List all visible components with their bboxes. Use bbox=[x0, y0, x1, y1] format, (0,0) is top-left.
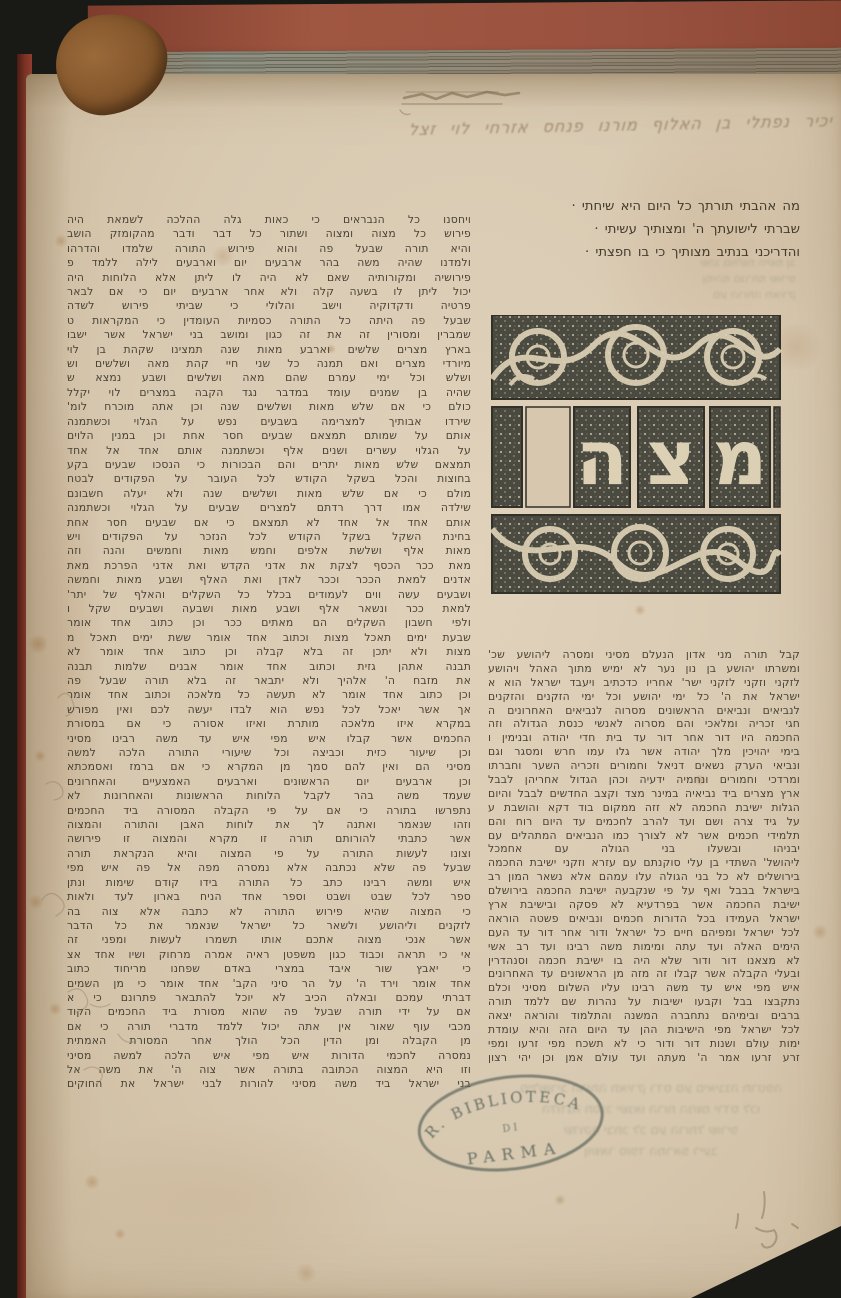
text-line: וזהו שנאמר ואתנה לך את לוחות האבן והתורה… bbox=[67, 818, 471, 832]
left-text-column: ויחסנו כל הנבראים כי כאות גלה ההלכה לשמא… bbox=[67, 213, 471, 1092]
text-line: לזקנים וליהושע ולשאר כל ישראל שנאמר את כ… bbox=[67, 919, 471, 933]
text-line: בימי יהויכין מלך יהודה אשר גלו עמו חרש ו… bbox=[488, 745, 800, 759]
foxing-spot bbox=[554, 1194, 566, 1206]
woodcut-bottom-border bbox=[492, 515, 780, 593]
woodcut-top-border bbox=[492, 315, 780, 399]
woodcut-letter-row: מ צ ה bbox=[492, 407, 780, 507]
woodcut-blank-panel bbox=[526, 407, 570, 507]
text-line: אך אשר יאכל לכל נפש הוא לבדו יעשה לכם וא… bbox=[67, 703, 471, 717]
text-line: ןמיהמ םגרתמ שוריפ bbox=[534, 271, 796, 287]
text-line: וצונו לעשות התורה על פי המצוה והיא הנקרא… bbox=[67, 847, 471, 861]
text-line: את מזבח ה' אלהיך ולא יתבאר זה בלא תורה ש… bbox=[67, 674, 471, 688]
stamp-text-middle: DI bbox=[502, 1122, 521, 1135]
woodcut-title-block: מ צ ה bbox=[490, 315, 782, 595]
text-line: תלמידי חכמים אשר לא לצורך כמו הנביאים המ… bbox=[488, 829, 800, 843]
foxing-spot bbox=[634, 604, 646, 616]
text-line: כי המצוה שהיא פירוש התורה לא כתבה אלא צו… bbox=[67, 905, 471, 919]
text-line: שברתי לישועתך ה' ומצותיך עשיתי · bbox=[524, 218, 800, 241]
text-line: אשר כתבתי להורותם תורה זו מקרא והמצוה זו… bbox=[67, 832, 471, 846]
text-line: ישראל העמידו בכל הדורות חכמים ונביאים פש… bbox=[488, 912, 800, 926]
text-line: וכן כתוב אחד אומר לא תעשה כל מלאכה וכתוב… bbox=[67, 688, 471, 702]
text-line: אדנים למאת הככר וככר לאדן ואת האלף ושבע … bbox=[67, 573, 471, 587]
woodcut-letter: צ bbox=[646, 413, 696, 502]
text-line: החכמה היו דור אחר דור עד בית חדי יהודה ו… bbox=[488, 731, 800, 745]
text-line: שמברין ומסורין זה את זה כגון ומושב בני י… bbox=[67, 328, 471, 342]
text-line: ובעלי הקבלה אשר קבלו זה מזה מן הראשונים … bbox=[488, 967, 800, 981]
foxing-spot bbox=[812, 924, 828, 940]
text-line: מצות ולא יתכן זה בלא קבלה וכן כתוב אחד א… bbox=[67, 645, 471, 659]
text-line: אותם אחד אל אחד לא תמצאם כי אם שבעים חסר… bbox=[67, 516, 471, 530]
text-line: לכל ישראל ומפיהם חיים כל ישראל ודור אחר … bbox=[488, 926, 800, 940]
text-line: לזקני וזקני לזקני ישר' אחריו כדכתיב ויעב… bbox=[488, 676, 800, 690]
foxing-spot bbox=[114, 1228, 126, 1240]
bottom-right-doodle bbox=[726, 1184, 816, 1274]
text-line: מאות אלף ושלשת אלפים וחמש מאות וחמשים וה… bbox=[67, 544, 471, 558]
text-line: וכן שיעור כזית וכביצה וכל שיעורי התורה ה… bbox=[67, 746, 471, 760]
text-line: שהיה בן שמנים עומד במדבר נגד הקבה במצרים… bbox=[67, 386, 471, 400]
text-line: קבל תורה מני אדון הנעלם מסיני ומסרה ליהו… bbox=[488, 648, 800, 662]
text-line: פירושיה ומקורותיה שאם לא היה לו ליתן אלא… bbox=[67, 271, 471, 285]
manuscript-page: יכיר נפתלי בן האלוף מורנו פנחס אזרחי לוי… bbox=[26, 74, 841, 1298]
text-line: שילדה אמו דרך רדתם למצרים שבעים על הגלוי… bbox=[67, 501, 471, 515]
text-line: לכל ישראל מפי הישיבות ההן עד היום הזה וה… bbox=[488, 1023, 800, 1037]
text-line: ולמדנו שהיה משה בהר ארבעים יום וארבעים ל… bbox=[67, 256, 471, 270]
text-line: לנביאים ונביאים הראשונים מסרוה לנביאים ה… bbox=[488, 704, 800, 718]
text-line: שבעל פה היתה כל התורה כסמיות העומדין כי … bbox=[67, 314, 471, 328]
text-line: ולפי חשבון השקלים הם מאתים ככר וכן כתוב … bbox=[67, 616, 471, 630]
text-line: שירדו אבותיך למצרימה בשבעים נפש על הגלוי… bbox=[67, 415, 471, 429]
text-line: שבעל פה שלא נכתבה אלא נמסרה מפה אל פה אי… bbox=[67, 861, 471, 875]
text-line: ברבים ובימיהם נתחברה המשנה והתלמוד והורא… bbox=[488, 1009, 800, 1023]
text-line: מיורדי מצרים ואם תמנה כל שני חיי קהת מאה… bbox=[67, 357, 471, 371]
text-line: ומשרתו יהושע בן נון נער לא ימיש מתוך האה… bbox=[488, 662, 800, 676]
text-line: ישראל את ה' כל ימי יהושע וכל ימי הזקנים … bbox=[488, 690, 800, 704]
text-line: ושבעים עשה ווים לעמודים בכלל כל השקלים ו… bbox=[67, 588, 471, 602]
text-line: בחוצות והכל בשקל הקודש לכל העובר על הפקו… bbox=[67, 472, 471, 486]
text-line: על גיד צרה ושם ועד להרב לחכמים עד היום ר… bbox=[488, 815, 800, 829]
text-line: איש ומשה רבינו כתב כל התורה בידו קודם שי… bbox=[67, 876, 471, 890]
text-line: אותם על שמותם תמצאם שבעים חסר אחת וכן במ… bbox=[67, 429, 471, 443]
parma-library-stamp: R. BIBLIOTECA DI PARMA bbox=[399, 1053, 622, 1198]
text-line: חגי זכריה ומלאכי והם מסרוה לאנשי כנסת הג… bbox=[488, 717, 800, 731]
text-line: נתקבצו בבל וקבעו ישיבות על נהרות שם ללמד… bbox=[488, 995, 800, 1009]
text-line: ספר לכל שבט ושבט וספר אחד הניח בארון לעד… bbox=[67, 890, 471, 904]
text-line: על הגלוי עשרים ושנים אלף וכשתמנה אותם אח… bbox=[67, 444, 471, 458]
text-line: ארץ מצרים ביד נביאיה במינר מצד וקצב החדש… bbox=[488, 787, 800, 801]
text-line: ונביאי הערק נשאים דניאל וחמורים וזכריה ה… bbox=[488, 759, 800, 773]
text-line: נמסרה לחכמי הדורות איש מפי איש הלכה למשה… bbox=[67, 1049, 471, 1063]
text-line: כי יאבץ שור איבד במצרי באדם שפחנו מריחוד… bbox=[67, 962, 471, 976]
text-line: למאת ככר ונשאר אלף ושבע מאות ושבעה ושבעי… bbox=[67, 602, 471, 616]
handwritten-inscription: יכיר נפתלי בן האלוף מורנו פנחס אזרחי לוי… bbox=[380, 111, 833, 163]
text-line: אי כי תראה וכבוד כגון משפטן ראיה אמרה מר… bbox=[67, 948, 471, 962]
text-line: מכבי עוף שאור אין אתה יכול ללמד מדברי תו… bbox=[67, 1020, 471, 1034]
woodcut-letter: ה bbox=[576, 413, 628, 502]
text-line: והיא תורה שבעל פה והוא פירוש התורה שלמדו… bbox=[67, 242, 471, 256]
text-line: אם על ידי תורה שבעל פה שהוא מסורת ביד הח… bbox=[67, 1005, 471, 1019]
text-line: וזו היא המצוה הכתובה בתורה אשר צוה ה' את… bbox=[67, 1063, 471, 1077]
text-line: הימים האלה ועד עתה ומימות משה רבינו ועד … bbox=[488, 940, 800, 954]
text-line: כולם כי אם שלש מאות ושלשים שנה וכן אתה מ… bbox=[67, 400, 471, 414]
text-line: שבעת ימים תאכל מצות וכתוב אחד אומר ששת י… bbox=[67, 631, 471, 645]
text-line: יבניהו ובשעלו בני הגולה עם אחמכל bbox=[488, 842, 800, 856]
text-line: במקרא איזו מלאכה מותרת ואיזו אסורה כי אם… bbox=[67, 717, 471, 731]
woodcut-letter: מ bbox=[713, 413, 768, 502]
text-line: הגלות ישיבת החכמה לא זזה ממקום בוד דקא ו… bbox=[488, 801, 800, 815]
text-line: דברתי עמכם ובאלה הכיב לא יוכל להתבאר פתר… bbox=[67, 991, 471, 1005]
text-line: אחד אומר וירד ה' על הר סיני הקב' אחד אומ… bbox=[67, 977, 471, 991]
right-text-column: קבל תורה מני אדון הנעלם מסיני ומסרה ליהו… bbox=[488, 648, 800, 1065]
text-line: ישיבת החכמה אשר בפרדעיא לא פסקה ובישיבת … bbox=[488, 898, 800, 912]
text-line: ומרדכי וחמורים ונחמיה ידעיה וכהן הגדול א… bbox=[488, 773, 800, 787]
stamp-text-bottom: PARMA bbox=[466, 1138, 563, 1169]
text-line: מאת ככר הכסף לצקת את אדני הקדש ואת אדני … bbox=[67, 559, 471, 573]
text-line: ימות עולם ושנות דור ודור כי לא תשכח מפי … bbox=[488, 1037, 800, 1051]
text-line: םע הרותה תאירק bbox=[534, 287, 796, 303]
text-line: לא מצאנו דור ודור שלא היה בו ישיבת חכמה … bbox=[488, 954, 800, 968]
text-line: מסיני הם ואין להם סמך מן המקרא כי אם ברמ… bbox=[67, 760, 471, 774]
text-line: תבנה אתהן גזית וכתוב אחד אומר אבנים שלמו… bbox=[67, 660, 471, 674]
text-line: והדריכני בנתיב מצותיך כי בו חפצתי · bbox=[524, 241, 800, 264]
text-line: בחינת השקל בשקל הקודש לכל הנזכר על הפקוד… bbox=[67, 530, 471, 544]
text-line: ליהושל' השתדי בן עלי סוקנתם עם עזרא וזקנ… bbox=[488, 856, 800, 870]
text-line: פירוש כל מצוה ומצוה ושתור כל דבר ודבר מה… bbox=[67, 227, 471, 241]
text-line: החכמים אשר קבלו איש מפי איש עד משה רבינו… bbox=[67, 732, 471, 746]
text-line: מן הקבלה ומן הדין הכל הולך אחר המסורת הא… bbox=[67, 1034, 471, 1048]
text-line: בארץ מצרים שלשים וארבע מאות שנה תמצינו ש… bbox=[67, 343, 471, 357]
text-line: מולם כי אם שלש מאות ושלשים שנה ולא יעלה … bbox=[67, 487, 471, 501]
foxing-spot bbox=[84, 1174, 100, 1190]
text-line: מה אהבתי תורתך כל היום היא שיחתי · bbox=[524, 195, 800, 218]
text-line: איש מפי איש עד משה רבינו עליו השלום מסינ… bbox=[488, 981, 800, 995]
psalm-verses-block: מה אהבתי תורתך כל היום היא שיחתי ·שברתי … bbox=[524, 195, 800, 264]
text-line: בישראל בבבל ואף על פי שנקבעה ישיבת החכמה… bbox=[488, 884, 800, 898]
text-line: נתפרשו בתורה כי אם על פי הקבלה המסורה בי… bbox=[67, 804, 471, 818]
spine-shading bbox=[26, 74, 72, 1298]
stain-wash bbox=[46, 1114, 406, 1284]
text-line: ויחסנו כל הנבראים כי כאות גלה ההלכה לשמא… bbox=[67, 213, 471, 227]
text-line: בירושלים לא כל בני הגולה עלו עמהם אלא נש… bbox=[488, 870, 800, 884]
text-line: וכן ארבעים יום הראשונים וארבעים האמצעיים… bbox=[67, 775, 471, 789]
text-line: אשר אנכי מצוה אתכם אותו תשמרו לעשות ומפנ… bbox=[67, 933, 471, 947]
text-line: תמצאם שלש מאות יתרים והם הבכורות כי הנסכ… bbox=[67, 458, 471, 472]
text-line: יכול ליתן לו בשעה קלה ולא אחר ארבעים יום… bbox=[67, 285, 471, 299]
foxing-spot bbox=[294, 1264, 318, 1282]
text-line: פרטיה ודקדוקיה וישב והלולי כי שביתי פירו… bbox=[67, 299, 471, 313]
scanned-book-photo: { "colors": { "paper": "#d8c9b1", "ink":… bbox=[0, 0, 841, 1298]
text-line: ושלש וכל ימי עמרם שהם מאה ושלשים ושבע נמ… bbox=[67, 371, 471, 385]
text-line: שעמד משה בהר לקבל הלוחות הראשונות והאחרו… bbox=[67, 789, 471, 803]
